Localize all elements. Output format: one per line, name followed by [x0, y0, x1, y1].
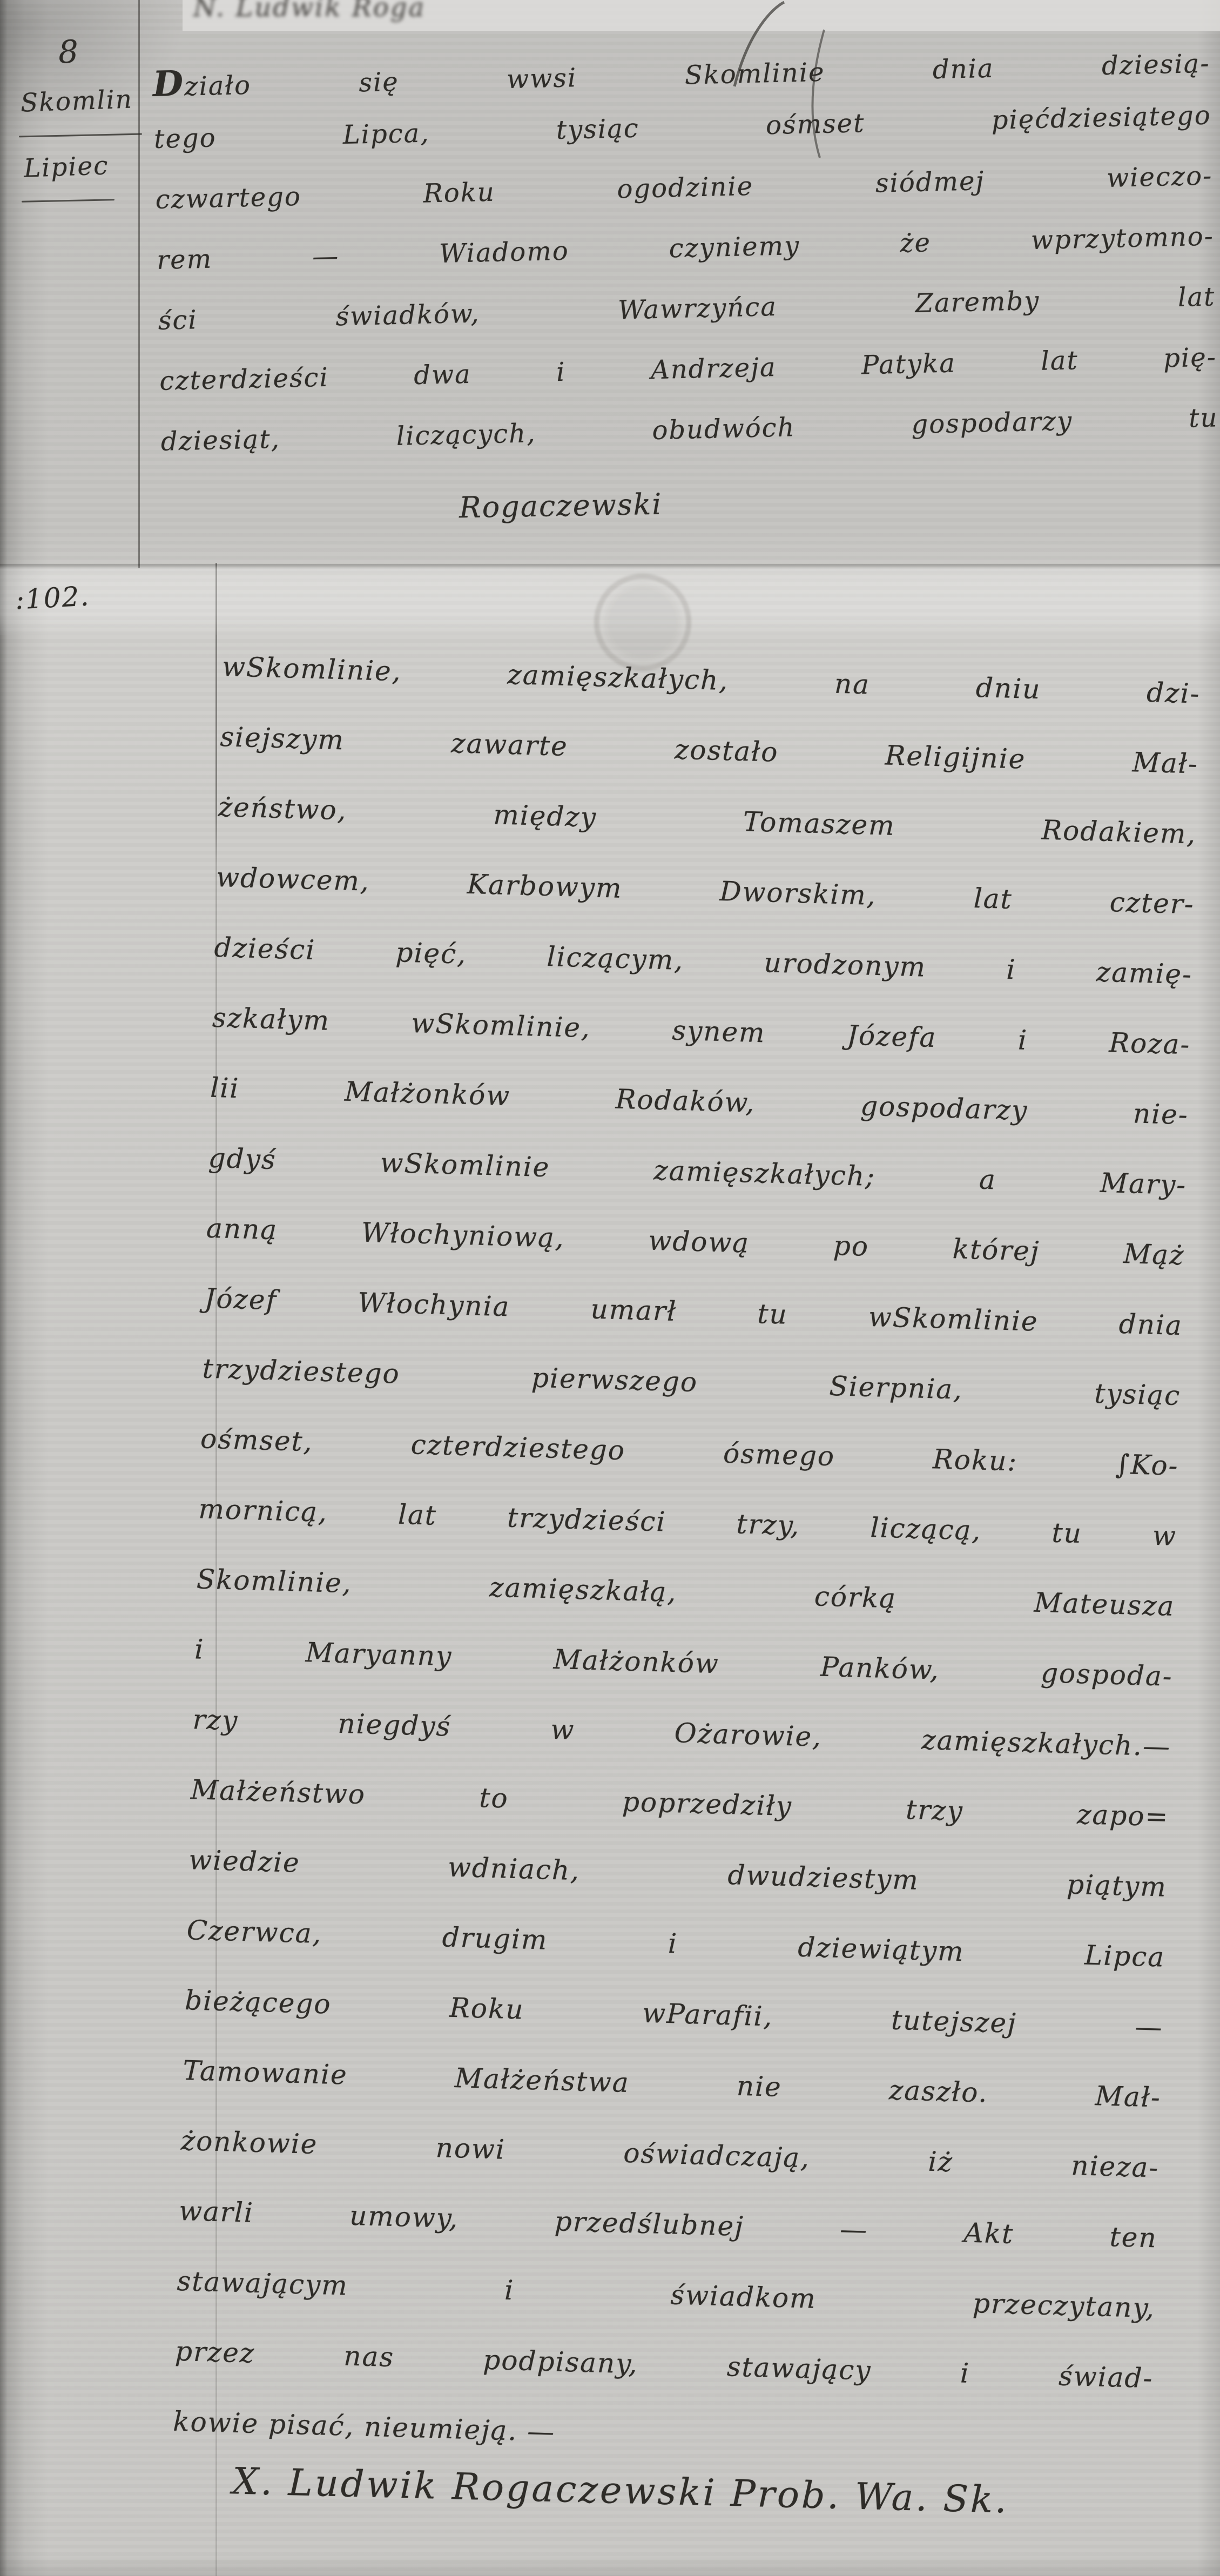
previous-scan-edge: N. Ludwik Roga: [183, 0, 1220, 31]
scanned-register-page: N. Ludwik Roga 8 Skomlin Lipiec :102. Dz…: [0, 0, 1220, 2576]
act-intro-text: Działo się wwsi Skomlinie dnia dziesią-t…: [152, 40, 1219, 487]
ink-underline: [19, 133, 142, 138]
ink-underline: [22, 199, 114, 203]
margin-month-name: Lipiec: [23, 151, 109, 183]
page-number: :102.: [15, 580, 91, 615]
officiant-name: Rogaczewski: [459, 487, 663, 525]
cutoff-header-text: N. Ludwik Roga: [193, 0, 426, 23]
margin-rule-line: [138, 0, 140, 568]
act-body-text: wSkomlinie, zamięszkałych, na dniu dzi-s…: [172, 651, 1201, 2503]
faint-round-stamp: [594, 574, 691, 671]
margin-place-name: Skomlin: [20, 84, 133, 118]
record-number: 8: [58, 33, 80, 70]
